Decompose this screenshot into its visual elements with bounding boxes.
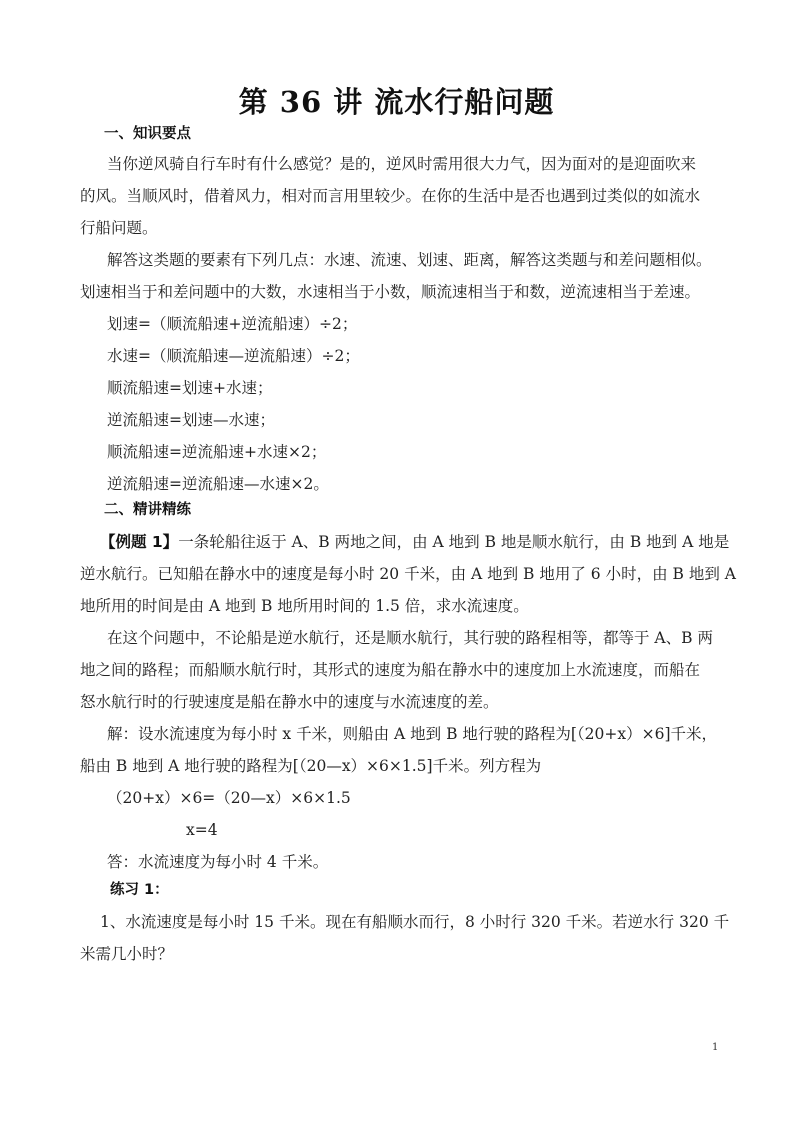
formula-line: 逆流船速=逆流船速—水速×2。 [107,474,747,494]
paragraph-line: 当你逆风骑自行车时有什么感觉？是的，逆风时需用很大力气，因为面对的是迎面吹来 [107,154,747,174]
example-line: 地所用的时间是由 A 地到 B 地所用时间的 1.5 倍，求水流速度。 [80,596,720,616]
section-heading-knowledge: 一、知识要点 [104,124,744,144]
paragraph-line: 解答这类题的要素有下列几点：水速、流速、划速、距离，解答这类题与和差问题相似。 [107,250,747,270]
analysis-line: 地之间的路程；而船顺水航行时，其形式的速度为船在静水中的速度加上水流速度，而船在 [80,660,720,680]
formula-line: 逆流船速=划速—水速； [107,410,747,430]
formula-line: 顺流船速=逆流船速+水速×2； [107,442,747,462]
paragraph-line: 的风。当顺风时，借着风力，相对而言用里较少。在你的生活中是否也遇到过类似的如流水 [80,186,720,206]
formula-line: 水速=（顺流船速—逆流船速）÷2； [107,346,747,366]
solution-line: 船由 B 地到 A 地行驶的路程为[（20—x）×6×1.5]千米。列方程为 [80,756,720,776]
formula-line: 划速=（顺流船速+逆流船速）÷2； [107,314,747,334]
page-number: 1 [712,1042,718,1053]
equation-line: （20+x）×6=（20—x）×6×1.5 [107,788,747,808]
analysis-line: 在这个问题中，不论船是逆水航行，还是顺水航行，其行驶的路程相等，都等于 A、B … [107,628,747,648]
paragraph-line: 行船问题。 [80,218,720,238]
practice-question-line: 1、水流速度是每小时 15 千米。现在有船顺水而行，8 小时行 320 千米。若… [100,912,740,932]
section-heading-practice: 二、精讲精练 [104,500,744,520]
answer-line: 答：水流速度为每小时 4 千米。 [107,852,747,872]
example-label: 【例题 1】 [100,533,178,551]
example-line: 【例题 1】一条轮船往返于 A、B 两地之间，由 A 地到 B 地是顺水航行，由… [100,532,740,552]
practice-question-line: 米需几小时？ [80,944,720,964]
example-text: 一条轮船往返于 A、B 两地之间，由 A 地到 B 地是顺水航行，由 B 地到 … [178,533,729,551]
solution-line: 解：设水流速度为每小时 x 千米，则船由 A 地到 B 地行驶的路程为[（20+… [107,724,747,744]
paragraph-line: 划速相当于和差问题中的大数，水速相当于小数，顺流速相当于和数，逆流速相当于差速。 [80,282,720,302]
document-page: 第 36 讲 流水行船问题 一、知识要点 当你逆风骑自行车时有什么感觉？是的，逆… [0,0,793,1122]
equation-result: x=4 [186,820,793,840]
practice-heading: 练习 1： [110,880,750,900]
page-title: 第 36 讲 流水行船问题 [0,80,793,121]
example-line: 逆水航行。已知船在静水中的速度是每小时 20 千米，由 A 地到 B 地用了 6… [80,564,720,584]
formula-line: 顺流船速=划速+水速； [107,378,747,398]
analysis-line: 怒水航行时的行驶速度是船在静水中的速度与水流速度的差。 [80,692,720,712]
